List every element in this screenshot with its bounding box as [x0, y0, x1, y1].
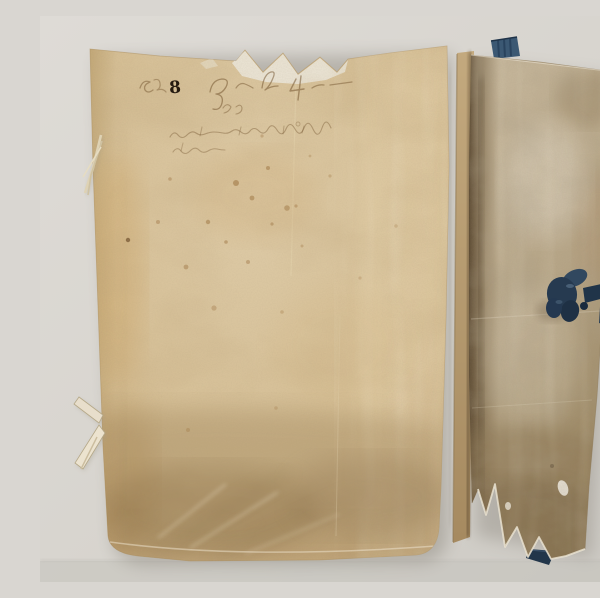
main-cover: 8 [80, 36, 460, 571]
gap-shadow [449, 71, 451, 526]
shelfmark-number-text: 8 [168, 78, 181, 99]
backdrop-bottom-edge [40, 561, 600, 582]
photo-parchment-binding: 8 [40, 16, 600, 582]
blue-tab-top [491, 37, 520, 59]
